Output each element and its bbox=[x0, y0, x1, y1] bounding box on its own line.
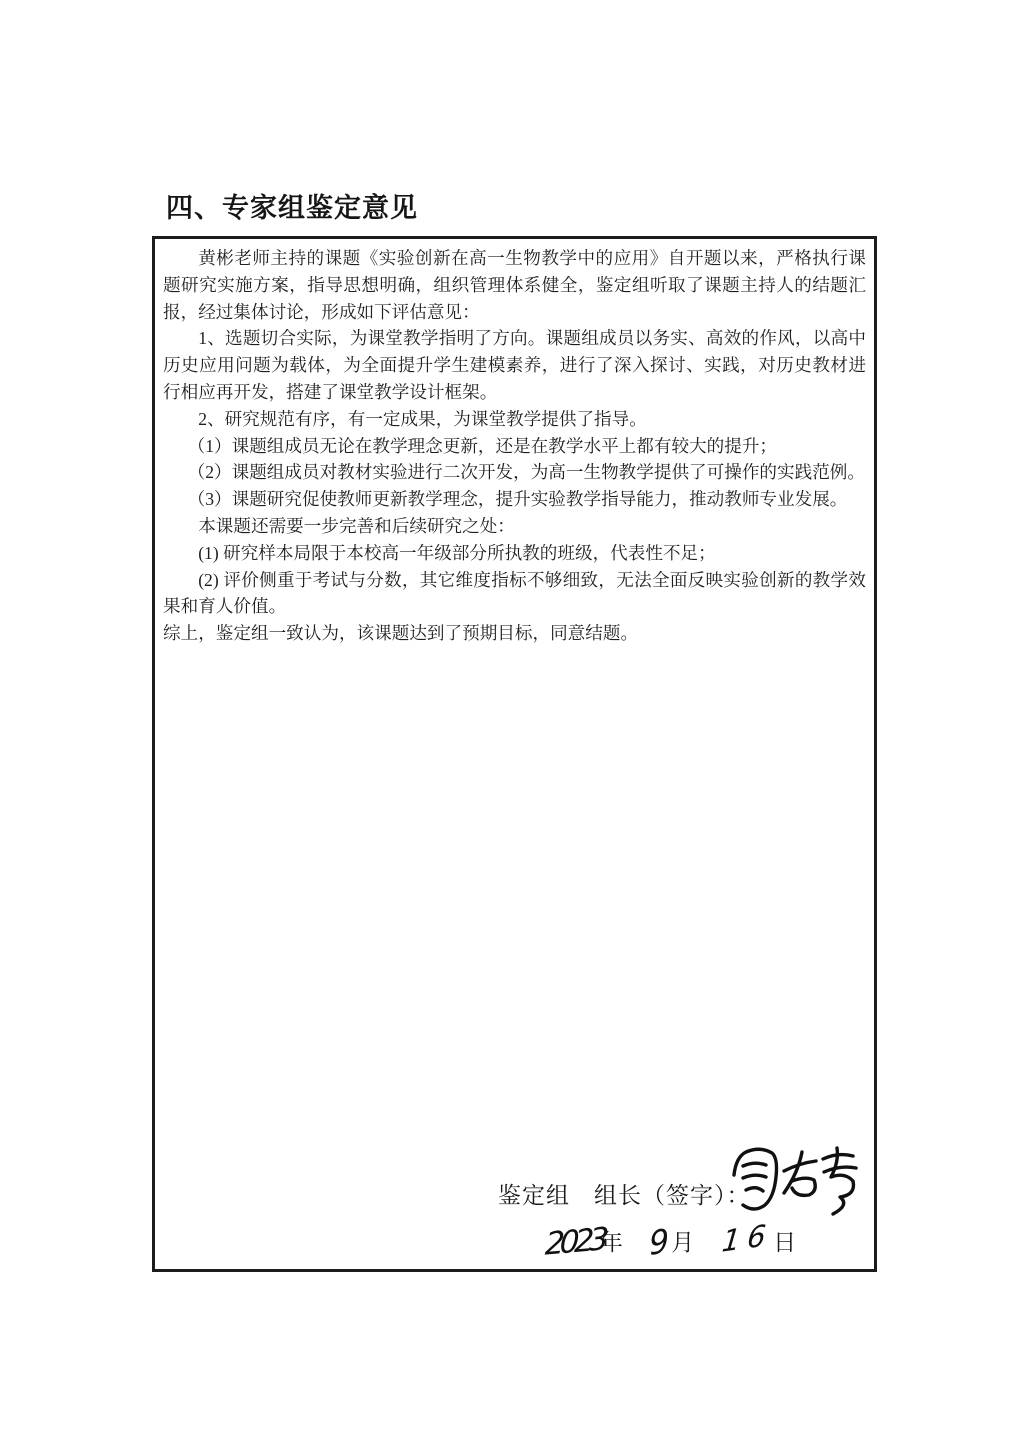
paragraph-improvements: 本课题还需要一步完善和后续研究之处： bbox=[163, 513, 866, 540]
paragraph-item-1: 1、选题切合实际，为课堂教学指明了方向。课题组成员以务实、高效的作风，以高中历史… bbox=[163, 325, 866, 405]
day-unit-label: 日 bbox=[773, 1230, 796, 1255]
paragraph-intro: 黄彬老师主持的课题《实验创新在高一生物教学中的应用》自开题以来，严格执行课题研究… bbox=[163, 245, 866, 325]
paragraph-item-2-sub-3: （3）课题研究促使教师更新教学理念，提升实验教学指导能力，推动教师专业发展。 bbox=[163, 486, 866, 513]
handwritten-day: 16 bbox=[721, 1217, 775, 1259]
paragraph-limitation-2: (2) 评价侧重于考试与分数，其它维度指标不够细致，无法全面反映实验创新的教学效… bbox=[163, 567, 866, 621]
paragraph-limitation-1: (1) 研究样本局限于本校高一年级部分所执教的班级，代表性不足； bbox=[163, 540, 866, 567]
signer-label: 鉴定组 组长（签字）： bbox=[498, 1177, 751, 1210]
paragraph-conclusion: 综上，鉴定组一致认为，该课题达到了预期目标，同意结题。 bbox=[163, 620, 866, 647]
signature-date: 2023年9月16日 bbox=[545, 1221, 796, 1261]
paragraph-item-2-sub-2: （2）课题组成员对教材实验进行二次开发，为高一生物教学提供了可操作的实践范例。 bbox=[163, 459, 866, 486]
paragraph-item-2: 2、研究规范有序，有一定成果，为课堂教学提供了指导。 bbox=[163, 406, 866, 433]
appraisal-opinion-box: 黄彬老师主持的课题《实验创新在高一生物教学中的应用》自开题以来，严格执行课题研究… bbox=[152, 236, 877, 1272]
paragraph-item-2-sub-1: （1）课题组成员无论在教学理念更新，还是在教学水平上都有较大的提升； bbox=[163, 433, 866, 460]
document-page: 四、专家组鉴定意见 黄彬老师主持的课题《实验创新在高一生物教学中的应用》自开题以… bbox=[0, 0, 1024, 1450]
handwritten-year: 2023 bbox=[544, 1221, 605, 1262]
handwritten-month: 9 bbox=[648, 1221, 669, 1264]
handwritten-signature bbox=[726, 1145, 866, 1217]
month-unit-label: 月 bbox=[671, 1230, 694, 1255]
section-title: 四、专家组鉴定意见 bbox=[166, 186, 418, 225]
